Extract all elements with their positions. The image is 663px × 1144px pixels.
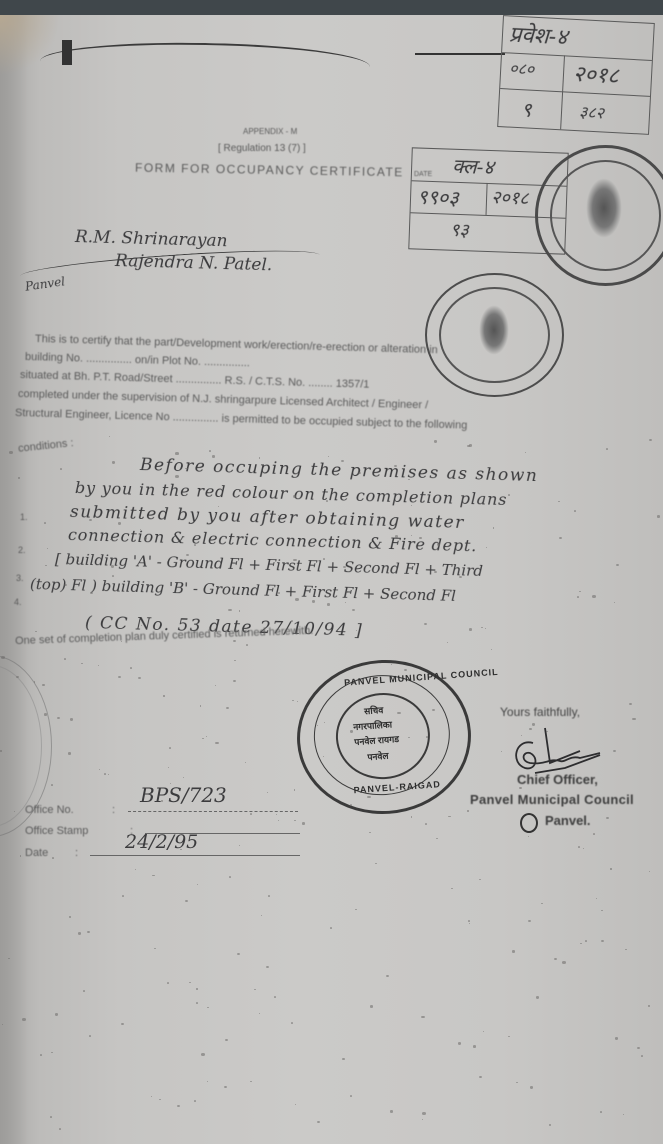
paper-speck <box>302 822 305 824</box>
paper-speck <box>216 789 217 790</box>
paper-speck <box>574 510 576 512</box>
paper-speck <box>239 610 240 611</box>
paper-speck <box>1 656 4 659</box>
paper-speck <box>583 848 584 849</box>
paper-speck <box>20 855 22 856</box>
register-mid-row2-left: ९९०३ <box>417 183 460 211</box>
paper-speck <box>386 975 389 977</box>
paper-speck <box>375 863 377 864</box>
paper-speck <box>167 982 169 984</box>
paper-speck <box>600 1111 602 1113</box>
paper-speck <box>327 603 330 605</box>
paper-speck <box>479 1076 482 1078</box>
paper-speck <box>118 676 121 678</box>
paper-speck <box>22 1018 25 1021</box>
paper-speck <box>469 628 472 630</box>
paper-speck <box>481 627 483 629</box>
paper-speck <box>447 642 448 643</box>
paper-speck <box>194 1100 196 1102</box>
office-no-colon: : <box>112 804 115 816</box>
register-top-row2-right: २०१८ <box>572 58 619 90</box>
place: Panvel. <box>545 813 591 828</box>
paper-speck <box>250 813 252 815</box>
paper-speck <box>47 548 48 549</box>
register-mid-row2-right: २०१८ <box>491 185 529 210</box>
paper-speck <box>355 909 357 911</box>
paper-speck <box>426 736 428 738</box>
paper-speck <box>161 800 163 801</box>
paper-speck <box>278 820 279 821</box>
paper-speck <box>18 477 20 478</box>
date-field-line <box>90 855 300 856</box>
paper-speck <box>268 895 270 897</box>
register-mid-row1: क्ल-४ <box>452 152 495 180</box>
paper-speck <box>118 522 121 525</box>
top-rule-right <box>415 53 505 55</box>
paper-speck <box>345 602 346 603</box>
paper-speck <box>610 868 611 869</box>
paper-speck <box>169 747 172 749</box>
paper-speck <box>224 1086 227 1088</box>
paper-speck <box>207 1081 209 1082</box>
paper-speck <box>577 596 580 598</box>
paper-speck <box>50 1116 52 1118</box>
paper-speck <box>245 762 246 763</box>
paper-speck <box>291 1022 293 1024</box>
paper-speck <box>606 448 608 450</box>
paper-speck <box>274 996 276 998</box>
paper-speck <box>237 953 240 955</box>
paper-speck <box>483 1031 484 1032</box>
paper-speck <box>44 522 46 524</box>
margin-number-1: 1. <box>20 512 28 522</box>
paper-speck <box>613 750 616 752</box>
paper-speck <box>529 728 531 730</box>
council-stamp-inner-4: पनवेल <box>367 749 389 763</box>
paper-speck <box>350 1095 352 1097</box>
paper-speck <box>89 1035 92 1037</box>
office-no-label: Office No. <box>25 804 74 816</box>
paper-speck <box>479 879 481 880</box>
paper-speck <box>121 1023 123 1025</box>
paper-speck <box>397 712 400 715</box>
paper-speck <box>109 436 110 437</box>
paper-speck <box>112 461 115 463</box>
paper-speck <box>259 457 261 458</box>
paper-speck <box>516 1082 517 1083</box>
paper-speck <box>168 767 169 768</box>
paper-speck <box>422 1112 425 1115</box>
paper-speck <box>592 595 595 598</box>
register-top-row3-left: ९ <box>520 95 532 123</box>
register-top-row1: प्रवेश-४ <box>508 18 568 51</box>
register-top-row2-left: ०८० <box>509 57 535 80</box>
paper-speck <box>549 1124 551 1125</box>
council-stamp-outer-text: PANVEL MUNICIPAL COUNCIL <box>344 667 499 688</box>
paper-speck <box>8 958 9 959</box>
paper-speck <box>292 700 294 702</box>
paper-speck <box>140 529 141 530</box>
paper-speck <box>64 658 67 660</box>
paper-speck <box>51 784 54 786</box>
paper-speck <box>0 750 2 751</box>
paper-speck <box>99 769 101 770</box>
paper-speck <box>81 663 83 664</box>
paper-speck <box>508 494 511 496</box>
register-top-row3-right: ३८२ <box>579 100 605 123</box>
paper-speck <box>468 920 470 922</box>
paper-speck <box>246 644 249 646</box>
paper-speck <box>606 817 609 819</box>
body-line6: conditions : <box>18 437 75 455</box>
paper-speck <box>40 1054 43 1056</box>
margin-number-2: 2. <box>18 545 26 555</box>
paper-speck <box>424 623 427 625</box>
paper-speck <box>276 814 277 815</box>
paper-speck <box>294 820 296 822</box>
paper-speck <box>579 591 580 592</box>
paper-speck <box>2 1024 3 1025</box>
paper-speck <box>175 475 178 478</box>
paper-speck <box>212 455 215 457</box>
paper-speck <box>352 609 355 612</box>
office-no-line <box>128 811 298 812</box>
paper-speck <box>55 1013 58 1016</box>
paper-speck <box>578 846 580 848</box>
paper-speck <box>83 990 85 992</box>
paper-speck <box>225 1039 227 1041</box>
regulation-label: [ Regulation 13 (7) ] <box>218 143 306 154</box>
paper-speck <box>197 884 198 885</box>
paper-speck <box>183 777 184 778</box>
paper-speck <box>491 649 493 650</box>
council-stamp: PANVEL MUNICIPAL COUNCIL PANVEL-RAIGAD स… <box>292 654 476 820</box>
paper-speck <box>342 1058 344 1060</box>
paper-speck <box>615 1037 618 1040</box>
paper-speck <box>144 537 147 540</box>
paper-speck <box>585 940 587 942</box>
paper-speck <box>448 816 450 818</box>
paper-speck <box>525 452 526 453</box>
paper-speck <box>196 1002 198 1004</box>
designation: Chief Officer, <box>517 772 598 787</box>
paper-speck <box>52 857 54 859</box>
salutation: Yours faithfully, <box>500 705 580 719</box>
paper-speck <box>657 515 660 517</box>
office-no-value: BPS/723 <box>140 783 227 807</box>
paper-speck <box>629 703 632 706</box>
paper-speck <box>152 875 154 877</box>
paper-speck <box>59 1128 61 1130</box>
paper-speck <box>35 631 37 633</box>
paper-speck <box>89 519 92 521</box>
paper-speck <box>562 961 565 964</box>
paper-speck <box>295 598 298 601</box>
paper-speck <box>295 1104 296 1105</box>
paper-speck <box>78 932 81 935</box>
paper-speck <box>196 988 198 989</box>
paper-speck <box>616 564 619 566</box>
paper-speck <box>614 602 615 603</box>
paper-speck <box>372 516 374 518</box>
paper-speck <box>648 1005 650 1006</box>
paper-speck <box>90 592 93 594</box>
paper-speck <box>593 833 595 835</box>
paper-speck <box>202 738 203 739</box>
paper-speck <box>323 756 324 757</box>
paper-speck <box>528 920 531 922</box>
paper-speck <box>130 667 132 669</box>
paper-speck <box>44 713 47 715</box>
paper-speck <box>469 923 470 924</box>
paper-speck <box>317 1121 320 1124</box>
paper-speck <box>422 1119 423 1120</box>
paper-speck <box>637 1047 640 1049</box>
paper-speck <box>201 1053 204 1056</box>
paper-speck <box>233 640 236 642</box>
top-curved-rule <box>40 40 371 88</box>
register-box-top: प्रवेश-४ ०८० २०१८ ९ ३८२ <box>497 15 655 135</box>
office-stamp-label: Office Stamp <box>25 825 88 837</box>
paper-speck <box>254 989 256 991</box>
paper-speck <box>432 709 434 711</box>
paper-speck <box>508 1036 510 1037</box>
paper-speck <box>369 832 371 833</box>
paper-speck <box>580 943 582 945</box>
paper-speck <box>519 787 522 789</box>
paper-speck <box>632 718 635 720</box>
paper-speck <box>293 559 296 562</box>
paper-speck <box>649 871 650 872</box>
paper-speck <box>541 903 542 904</box>
paper-speck <box>446 546 448 547</box>
paper-speck <box>530 1086 533 1089</box>
paper-speck <box>14 811 15 812</box>
paper-speck <box>546 731 548 733</box>
margin-number-3: 3. <box>16 573 24 583</box>
paper-speck <box>436 838 438 840</box>
council-stamp-inner-1: सचिव <box>364 703 384 717</box>
paper-speck <box>486 547 487 548</box>
paper-speck <box>421 1016 424 1019</box>
paper-speck <box>294 789 296 790</box>
paper-speck <box>57 717 60 719</box>
date-field-colon: : <box>75 847 78 859</box>
paper-speck <box>343 566 346 568</box>
paper-speck <box>239 845 240 846</box>
paper-speck <box>267 792 269 793</box>
paper-speck <box>601 940 604 942</box>
paper-speck <box>207 1007 209 1009</box>
paper-speck <box>175 452 178 455</box>
paper-speck <box>312 600 315 603</box>
paper-speck <box>206 736 207 737</box>
paper-speck <box>625 949 627 951</box>
condition-line5: [ building 'A' - Ground Fl + First Fl + … <box>55 550 483 580</box>
paper-speck <box>215 685 216 686</box>
emblem-icon <box>586 178 622 238</box>
paper-speck <box>346 591 348 592</box>
paper-speck <box>297 701 298 702</box>
paper-speck <box>512 950 515 952</box>
paper-speck <box>358 472 361 474</box>
paper-speck <box>229 876 231 878</box>
addressee-line1: R.M. Shrinarayan <box>75 227 228 251</box>
photo-top-edge <box>0 0 663 15</box>
paper-speck <box>411 505 412 506</box>
registrar-emblem-icon <box>479 305 509 355</box>
paper-speck <box>234 660 236 661</box>
paper-speck <box>467 810 469 811</box>
form-title: FORM FOR OCCUPANCY CERTIFICATE <box>135 161 404 180</box>
paper-speck <box>233 680 236 682</box>
paper-speck <box>159 1099 161 1100</box>
paper-speck <box>536 996 539 998</box>
paper-speck <box>68 752 71 754</box>
paper-speck <box>623 1114 624 1115</box>
paper-speck <box>554 958 557 960</box>
paper-speck <box>330 927 332 929</box>
document-page: प्रवेश-४ ०८० २०१८ ९ ३८२ APPENDIX - M [ R… <box>0 15 663 1144</box>
register-mid-row3: ९३ <box>450 218 470 243</box>
paper-speck <box>596 898 597 899</box>
paper-speck <box>226 707 229 709</box>
paper-speck <box>70 718 73 721</box>
paper-speck <box>177 1105 180 1107</box>
paper-speck <box>434 571 437 573</box>
paper-speck <box>411 816 413 817</box>
paper-speck <box>266 966 269 968</box>
paper-speck <box>458 1042 461 1045</box>
paper-speck <box>51 1052 53 1054</box>
council-stamp-inner-2: नगरपालिका <box>353 717 393 733</box>
paper-speck <box>293 495 296 498</box>
paper-speck <box>434 440 437 443</box>
paper-speck <box>558 501 560 503</box>
paper-speck <box>473 1045 476 1047</box>
paper-speck <box>493 527 495 528</box>
margin-number-4: 4. <box>14 597 22 607</box>
condition-line6: (top) Fl ) building 'B' - Ground Fl + Fi… <box>30 575 456 605</box>
paper-speck <box>189 982 191 984</box>
paper-speck <box>9 451 12 454</box>
paper-speck <box>559 537 562 539</box>
paper-speck <box>87 931 89 933</box>
paper-speck <box>528 836 529 837</box>
paper-speck <box>151 1096 152 1097</box>
paper-speck <box>60 468 62 470</box>
body-line2: building No. ............... on/in Plot … <box>25 351 250 369</box>
paper-speck <box>437 543 440 546</box>
paper-speck <box>501 751 502 752</box>
appendix-label: APPENDIX - M <box>243 127 297 136</box>
paper-speck <box>185 900 188 902</box>
paper-speck <box>42 684 44 686</box>
paper-speck <box>228 609 231 612</box>
paper-speck <box>200 705 202 706</box>
paper-speck <box>163 695 165 696</box>
paper-speck <box>69 916 71 917</box>
paper-speck <box>259 1013 260 1014</box>
paper-speck <box>467 445 470 447</box>
paper-speck <box>641 1055 643 1057</box>
registrar-stamp <box>425 273 564 397</box>
paper-speck <box>108 774 109 775</box>
paper-speck <box>138 677 141 679</box>
paper-speck <box>261 915 263 916</box>
emblem-stamp-top-right <box>535 145 663 286</box>
body-line3: situated at Bh. P.T. Road/Street .......… <box>20 369 370 391</box>
handwritten-mark <box>520 813 538 833</box>
paper-speck <box>390 1110 393 1112</box>
paper-speck <box>45 565 46 566</box>
paper-speck <box>154 948 156 949</box>
paper-speck <box>425 823 428 825</box>
paper-speck <box>601 910 603 912</box>
paper-speck <box>250 1081 251 1082</box>
paper-speck <box>215 742 218 745</box>
binding-mark <box>62 40 72 65</box>
paper-speck <box>649 439 652 441</box>
paper-speck <box>104 773 106 775</box>
paper-speck <box>135 869 136 870</box>
paper-speck <box>370 1005 373 1007</box>
paper-speck <box>451 888 453 890</box>
date-field-value: 24/2/95 <box>125 831 198 853</box>
paper-speck <box>328 456 329 457</box>
paper-speck <box>98 665 99 666</box>
paper-speck <box>122 895 124 897</box>
paper-speck <box>209 450 211 452</box>
paper-speck <box>485 628 486 629</box>
date-field-label: Date <box>25 847 48 859</box>
office-name: Panvel Municipal Council <box>470 792 634 807</box>
paper-speck <box>194 544 196 546</box>
